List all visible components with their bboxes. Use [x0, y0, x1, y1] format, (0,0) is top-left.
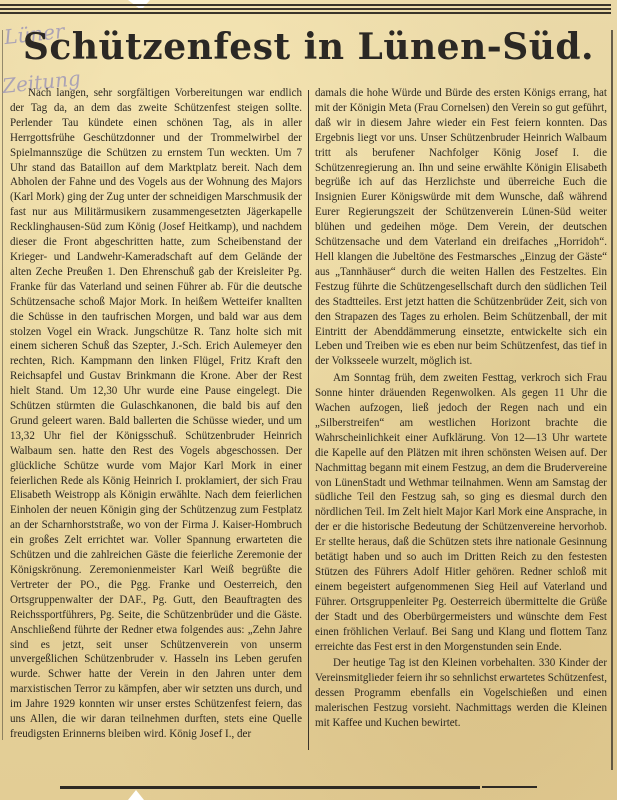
right-border-rule: [611, 30, 613, 770]
newspaper-clipping: Lüner Zeitung Schützenfest in Lünen-Süd.…: [0, 0, 617, 800]
masthead-rules: [0, 4, 611, 16]
article-column-left: Nach langen, sehr sorgfältigen Vorbereit…: [10, 86, 308, 750]
left-border-rule: [2, 30, 3, 740]
torn-edge-bottom: [128, 790, 144, 800]
article-column-right: damals die hohe Würde und Bürde des erst…: [309, 86, 607, 750]
paragraph: Am Sonntag früh, dem zweiten Festtag, ve…: [315, 371, 607, 654]
paragraph: damals die hohe Würde und Bürde des erst…: [315, 86, 607, 369]
paragraph: Der heutige Tag ist den Kleinen vorbehal…: [315, 656, 607, 731]
article-headline: Schützenfest in Lünen-Süd.: [0, 26, 617, 68]
article-body: Nach langen, sehr sorgfältigen Vorbereit…: [10, 86, 609, 750]
bottom-rule-segment: [482, 786, 537, 788]
paragraph: Nach langen, sehr sorgfältigen Vorbereit…: [10, 86, 302, 742]
bottom-rule: [60, 786, 480, 789]
